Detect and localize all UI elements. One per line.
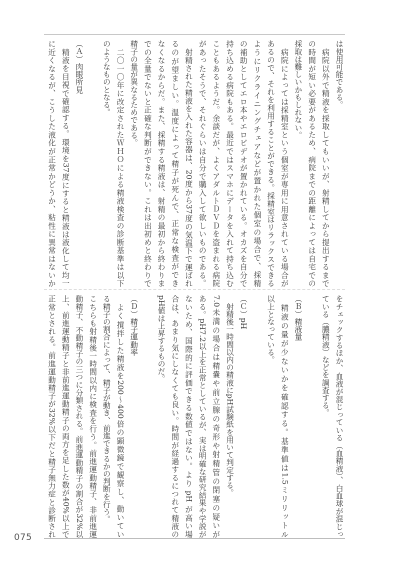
text-column: 二〇一〇年に改定されたＷＨＯによる精液検査の診断基準は以下 — [113, 40, 127, 287]
text-column: 以上となっている。 — [264, 295, 278, 538]
text-column: の時間が短い必要があるため、病院までの距離によっては自宅での — [305, 40, 319, 287]
text-column: があったそうで、それぐらいは自分で購入して欲しいものである。 — [195, 40, 209, 287]
text-column: よく撹拌した精液を200〜400倍の顕微鏡で観察し、動いてい — [113, 295, 127, 538]
upper-text-block: は使用可能である。 病院以外で精液を採取してもいいが、射精してから提出するまで … — [44, 40, 346, 287]
blank-column — [250, 295, 264, 538]
text-column: こちらも射精後一時間以内に検査を行う。前進運動精子、非前進運 — [86, 295, 100, 538]
header-rule — [44, 34, 345, 35]
text-column: ある。pH7.2以上を正常としているが、実は明確な研究結果や学説が — [195, 295, 209, 538]
text-column: ようにリクライニングチェアなどが置かれた個室の場合で、採精 — [250, 40, 264, 287]
blank-column — [305, 295, 319, 538]
text-column: ないため、国際的に評価できる数値ではない。より pH が高い場 — [182, 295, 196, 538]
text-column: 射精された精液を入れた容器は、20度から37度の気温下で運ばれ — [182, 40, 196, 287]
text-column: 病院以外で精液を採取してもいいが、射精してから提出するまで — [319, 40, 333, 287]
text-column: での全量でないと正確な判断ができない。これは出初めと終わりで — [141, 40, 155, 287]
text-column: 動精子、不動精子の三つに分類される。前進運動精子の割合が32%以 — [72, 295, 86, 538]
text-column: 正常とされる。前進運動精子が32%以下だと精子無力症と診断され — [45, 295, 59, 538]
lower-text-block: をチェックするほか、血液が混じっている（血精液）、白血球が混じっ ている（膿精液… — [44, 295, 346, 538]
text-column: 射精後一時間以内の精液にpH試験紙を用いて判定する。 — [223, 295, 237, 538]
text-column: は使用可能である。 — [332, 40, 346, 287]
text-column: の補助としてエロ本やエロビデオが置かれている。オカズを自分で — [237, 40, 251, 287]
text-column: る精子の割合によって、精子が動き、前進できるかの判断を行う。 — [100, 295, 114, 538]
text-column: のようなものとなる。 — [100, 40, 114, 287]
blank-column — [141, 295, 155, 538]
text-column: こともあるようだ。余談だが、よくアダルトＤＶＤを盗まれる病院 — [209, 40, 223, 287]
text-column: をチェックするほか、血液が混じっている（血精液）、白血球が混じっ — [332, 295, 346, 538]
text-column: 上、前進運動精子と非前進運動精子の両方を足した数が40%以上で — [59, 295, 73, 538]
text-column: るのが望ましい。温度によって精子が死んで、正常な検査ができ — [168, 40, 182, 287]
section-divider — [44, 289, 345, 290]
text-column: 7.0未満の場合は精嚢や前立腺の奇形や射精管の閉塞の疑いが — [209, 295, 223, 538]
text-column: 採取は難しいかもしれない。 — [291, 40, 305, 287]
text-column: 精子の量が異なるためである。 — [127, 40, 141, 287]
text-column: 精液の量が少ないかを確認する。基準値は1.5ミリリットル — [278, 295, 292, 538]
text-column: 精液を目視で確認する。環境を37度にすると精液は液化して均一 — [59, 40, 73, 287]
text-column: pH値は上昇するものだ。 — [154, 295, 168, 538]
blank-column — [86, 40, 100, 287]
page-number: 075 — [14, 533, 32, 543]
text-column: あるので、それを利用することができる。採精室はリラックスできる — [264, 40, 278, 287]
text-column: 病院によっては採精室という個室が専用に用意されている場合が — [278, 40, 292, 287]
text-column: なくなるからだ。また、採精する精液は、射精の最初から終わりま — [154, 40, 168, 287]
section-heading-b: （Ｂ）精液量 — [291, 295, 305, 538]
text-column: 合は、あまり気にしなくても良い。時間が経過するにつれて精液の — [168, 295, 182, 538]
section-heading-a: （Ａ）肉眼所見 — [72, 40, 86, 287]
text-column: に近くなるが、こうした液化が正常かどうか、粘性に異常はないか — [45, 40, 59, 287]
text-column: ている（膿精液）などを調査する。 — [319, 295, 333, 538]
section-heading-d: （Ｄ）精子運動率 — [127, 295, 141, 538]
footer-rule — [44, 538, 345, 539]
section-heading-c: （Ｃ）pH — [237, 295, 251, 538]
text-column: 持ち込める病院もある。最近ではスマホにデータを入れて持ち込む — [223, 40, 237, 287]
